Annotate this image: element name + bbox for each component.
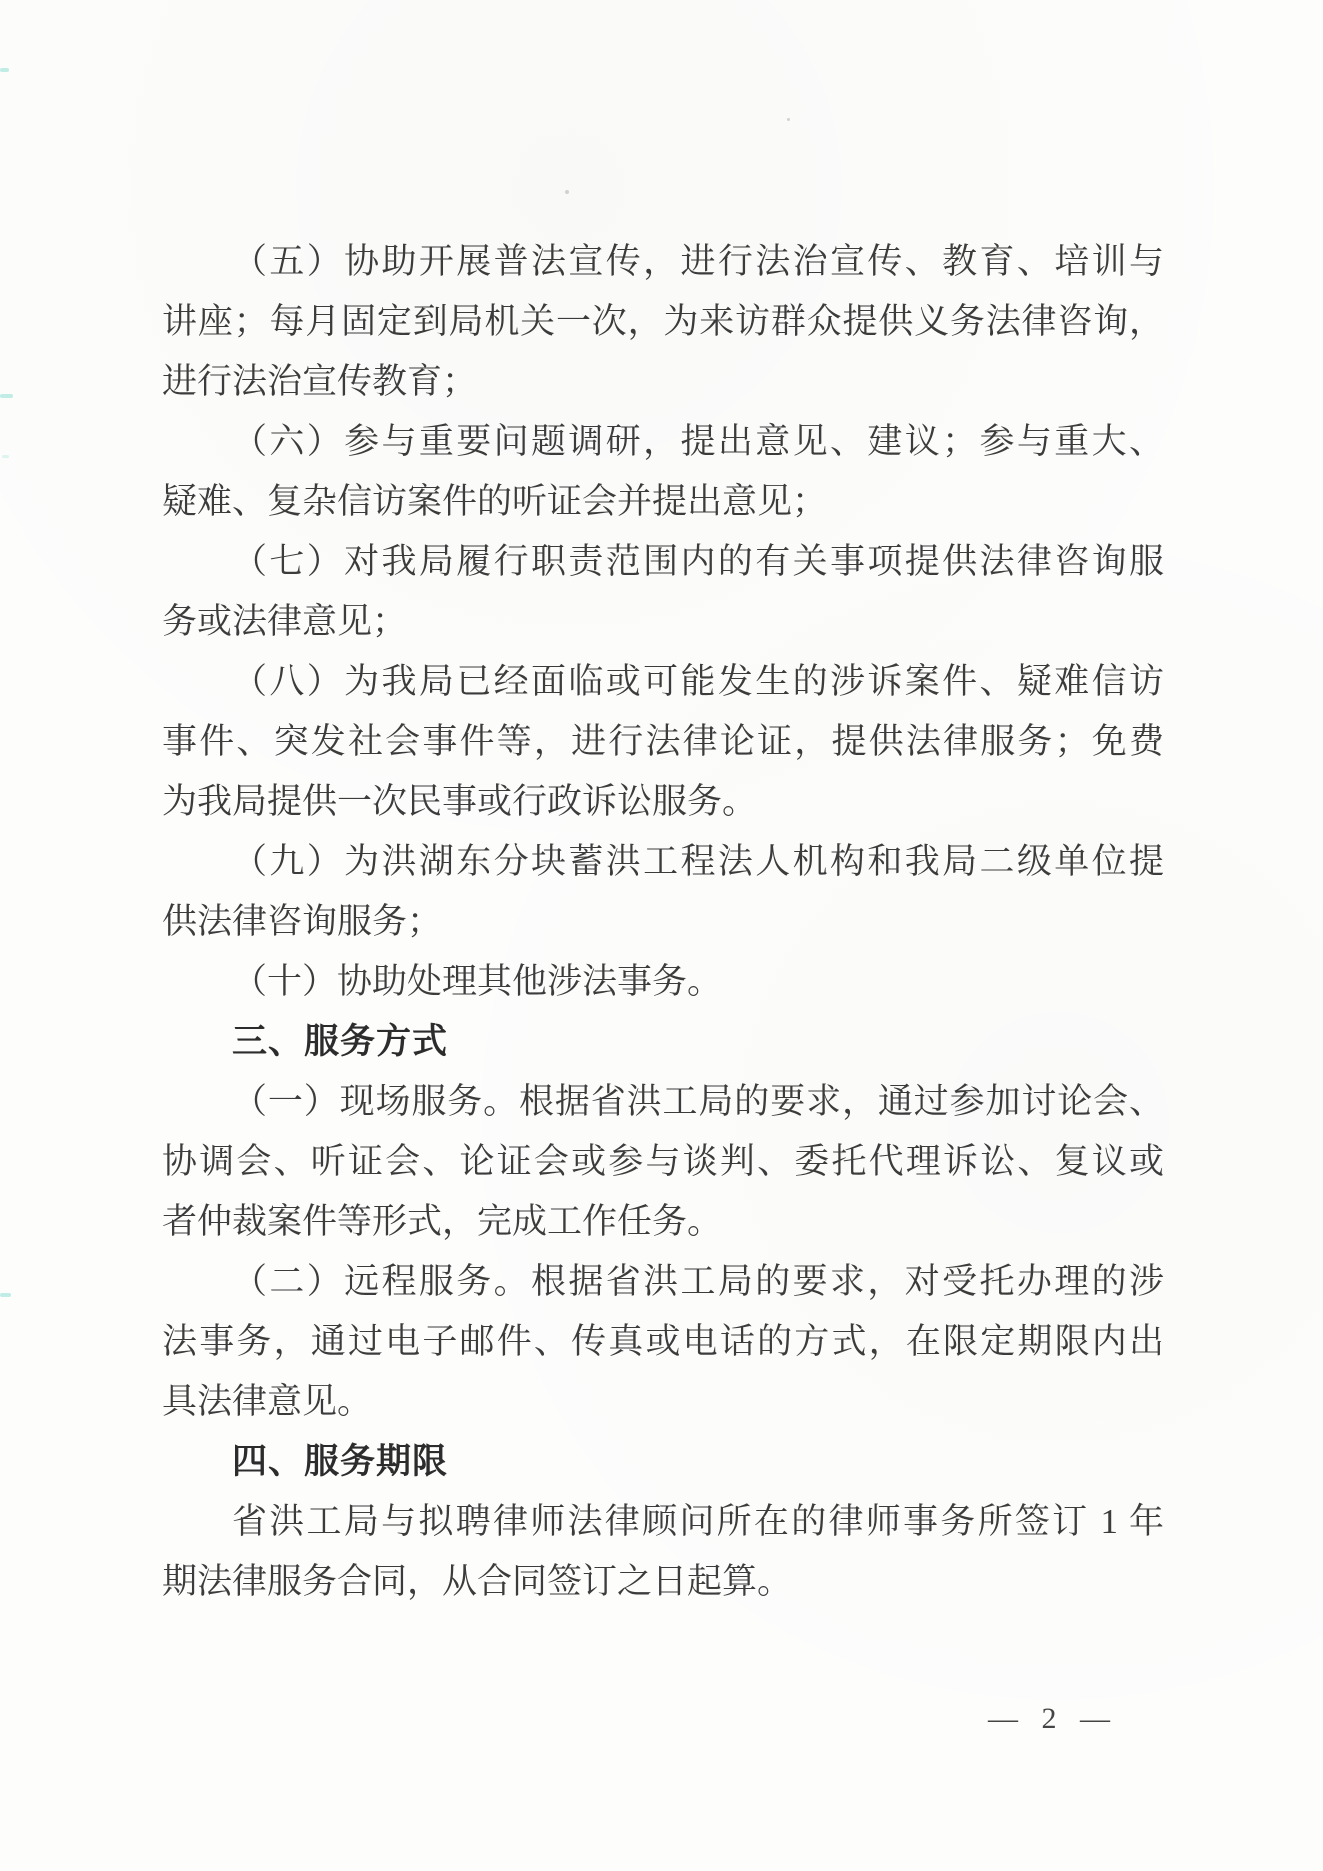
text-line: 进行法治宣传教育；: [162, 352, 1164, 412]
text-line: 具法律意见。: [162, 1372, 1164, 1432]
document-body: （五）协助开展普法宣传，进行法治宣传、教育、培训与讲座；每月固定到局机关一次，为…: [162, 232, 1164, 1612]
scan-artifact-mid-left: [0, 394, 13, 398]
text-line: 者仲裁案件等形式，完成工作任务。: [162, 1192, 1164, 1252]
text-line: （五）协助开展普法宣传，进行法治宣传、教育、培训与: [162, 232, 1164, 292]
section-heading: 三、服务方式: [162, 1012, 1164, 1072]
scan-artifact-left-faint: [2, 455, 9, 458]
scan-artifact-top-left: [0, 68, 9, 72]
text-line: 法事务，通过电子邮件、传真或电话的方式，在限定期限内出: [162, 1312, 1164, 1372]
text-line: 务或法律意见；: [162, 592, 1164, 652]
text-line: 省洪工局与拟聘律师法律顾问所在的律师事务所签订 1 年: [162, 1492, 1164, 1552]
text-line: 协调会、听证会、论证会或参与谈判、委托代理诉讼、复议或: [162, 1132, 1164, 1192]
text-line: （八）为我局已经面临或可能发生的涉诉案件、疑难信访: [162, 652, 1164, 712]
text-line: 供法律咨询服务；: [162, 892, 1164, 952]
text-line: （七）对我局履行职责范围内的有关事项提供法律咨询服: [162, 532, 1164, 592]
text-line: （六）参与重要问题调研，提出意见、建议；参与重大、: [162, 412, 1164, 472]
section-heading: 四、服务期限: [162, 1432, 1164, 1492]
text-line: （九）为洪湖东分块蓄洪工程法人机构和我局二级单位提: [162, 832, 1164, 892]
text-line: 疑难、复杂信访案件的听证会并提出意见；: [162, 472, 1164, 532]
text-line: 为我局提供一次民事或行政诉讼服务。: [162, 772, 1164, 832]
text-line: （二）远程服务。根据省洪工局的要求，对受托办理的涉: [162, 1252, 1164, 1312]
text-line: 期法律服务合同，从合同签订之日起算。: [162, 1552, 1164, 1612]
scan-artifact-lower-left: [0, 1293, 11, 1297]
text-line: （十）协助处理其他涉法事务。: [162, 952, 1164, 1012]
scan-speck-1: [565, 190, 569, 194]
scan-speck-2: [787, 118, 790, 121]
text-line: 讲座；每月固定到局机关一次，为来访群众提供义务法律咨询，: [162, 292, 1164, 352]
text-line: 事件、突发社会事件等，进行法律论证，提供法律服务；免费: [162, 712, 1164, 772]
text-line: （一）现场服务。根据省洪工局的要求，通过参加讨论会、: [162, 1072, 1164, 1132]
document-page: （五）协助开展普法宣传，进行法治宣传、教育、培训与讲座；每月固定到局机关一次，为…: [0, 0, 1323, 1871]
page-number: — 2 —: [988, 1702, 1118, 1736]
